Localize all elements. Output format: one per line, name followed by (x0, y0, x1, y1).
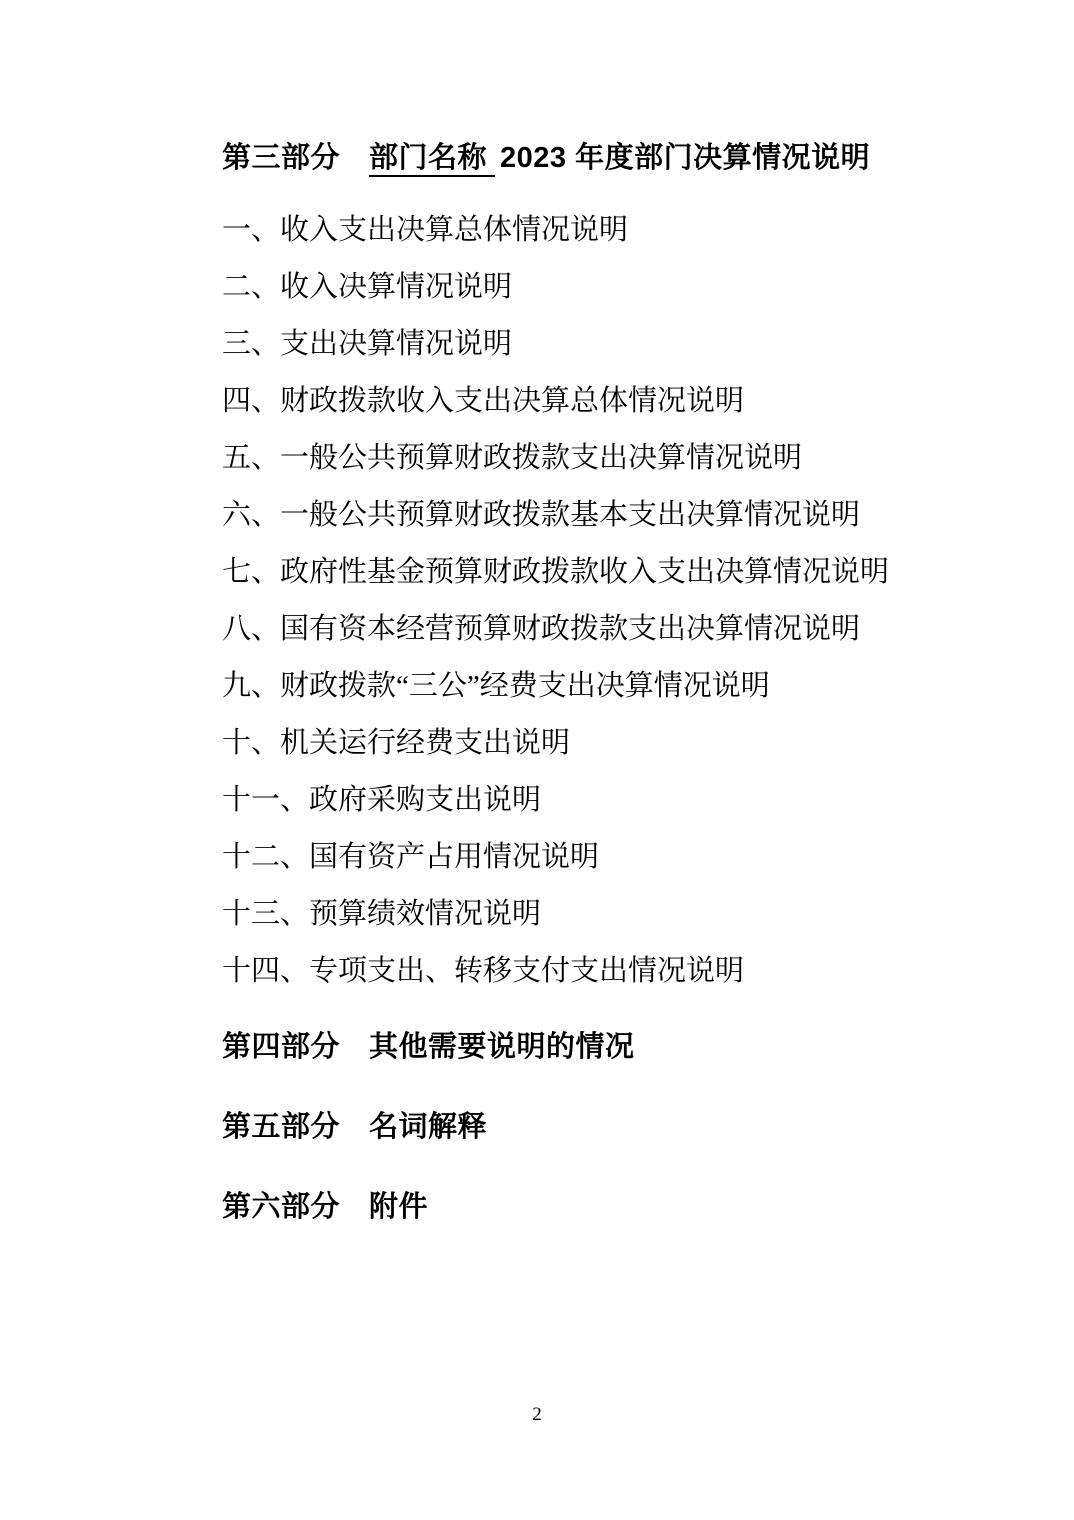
department-name-placeholder: 部门名称 (369, 142, 495, 177)
document-page: 第三部分部门名称2023 年度部门决算情况说明 一、收入支出决算总体情况说明 二… (0, 0, 1074, 1520)
section-part-label: 第四部分 (222, 1031, 340, 1063)
toc-item-11: 十一、政府采购支出说明 (222, 772, 1014, 829)
section-title: 附件 (369, 1191, 428, 1223)
toc-item-4: 四、财政拨款收入支出决算总体情况说明 (222, 373, 1014, 430)
section-heading-part4: 第四部分其他需要说明的情况 (222, 1029, 1014, 1065)
toc-item-14: 十四、专项支出、转移支付支出情况说明 (222, 943, 1014, 1000)
section-heading-part5: 第五部分名词解释 (222, 1109, 1014, 1145)
toc-list: 一、收入支出决算总体情况说明 二、收入决算情况说明 三、支出决算情况说明 四、财… (222, 202, 1014, 1000)
toc-item-7: 七、政府性基金预算财政拨款收入支出决算情况说明 (222, 544, 1014, 601)
toc-item-6: 六、一般公共预算财政拨款基本支出决算情况说明 (222, 487, 1014, 544)
toc-item-12: 十二、国有资产占用情况说明 (222, 829, 1014, 886)
title-part-label: 第三部分 (222, 142, 340, 174)
page-content: 第三部分部门名称2023 年度部门决算情况说明 一、收入支出决算总体情况说明 二… (222, 140, 1014, 1269)
toc-item-13: 十三、预算绩效情况说明 (222, 886, 1014, 943)
section-title: 名词解释 (369, 1111, 487, 1143)
page-number: 2 (0, 1403, 1074, 1427)
toc-item-1: 一、收入支出决算总体情况说明 (222, 202, 1014, 259)
section-title: 其他需要说明的情况 (369, 1031, 635, 1063)
page-title: 第三部分部门名称2023 年度部门决算情况说明 (222, 140, 1014, 176)
toc-item-9: 九、财政拨款“三公”经费支出决算情况说明 (222, 658, 1014, 715)
toc-item-5: 五、一般公共预算财政拨款支出决算情况说明 (222, 430, 1014, 487)
toc-item-3: 三、支出决算情况说明 (222, 316, 1014, 373)
section-heading-part6: 第六部分附件 (222, 1189, 1014, 1225)
section-part-label: 第六部分 (222, 1191, 340, 1223)
toc-item-2: 二、收入决算情况说明 (222, 259, 1014, 316)
toc-item-10: 十、机关运行经费支出说明 (222, 715, 1014, 772)
title-rest: 2023 年度部门决算情况说明 (500, 142, 870, 174)
toc-item-8: 八、国有资本经营预算财政拨款支出决算情况说明 (222, 601, 1014, 658)
section-part-label: 第五部分 (222, 1111, 340, 1143)
